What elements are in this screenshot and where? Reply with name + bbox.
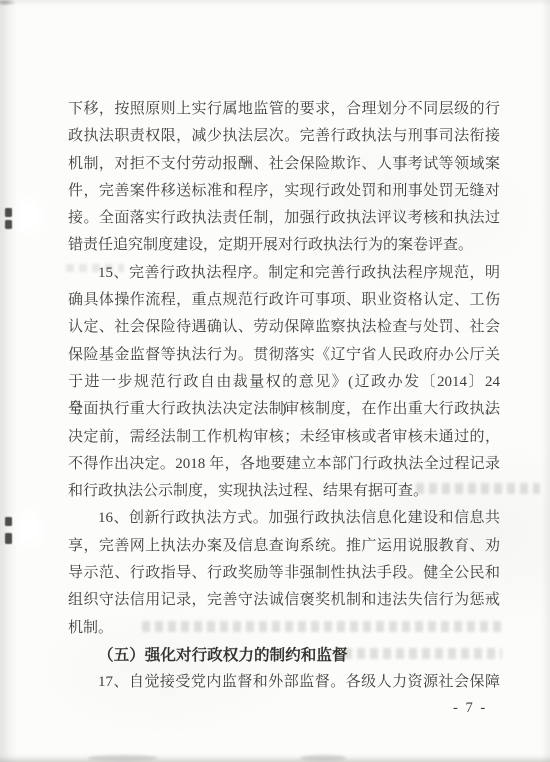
text-line: 决定前，需经法制工作机构审核；未经审核或者审核未通过的， bbox=[68, 424, 500, 451]
scanned-page: 下移，按照原则上实行属地监管的要求，合理划分不同层级的行政执法职责权限，减少执法… bbox=[0, 0, 550, 762]
text-line: 件，完善案件移送标准和程序，实现行政处罚和刑事处罚无缝对 bbox=[68, 178, 500, 205]
text-line: 16、创新行政执法方式。加强行政执法信息化建设和信息共 bbox=[68, 505, 500, 532]
scan-corner-speck bbox=[0, 0, 16, 6]
text-line: 17、自觉接受党内监督和外部监督。各级人力资源社会保障 bbox=[68, 669, 500, 696]
page-edge-bottom-shading bbox=[0, 753, 550, 762]
text-line: 机制。 bbox=[68, 615, 500, 642]
text-line: 全面执行重大行政执法决定法制审核制度，在作出重大行政执法 bbox=[68, 396, 500, 423]
text-line: 政执法职责权限，减少执法层次。完善行政执法与刑事司法衔接 bbox=[68, 123, 500, 150]
page-edge-left-shading bbox=[0, 0, 18, 762]
section-heading: （五）强化对行政权力的制约和监督 bbox=[68, 642, 500, 669]
text-line: 和行政执法公示制度，实现执法过程、结果有据可查。 bbox=[68, 478, 500, 505]
text-line: 组织守法信用记录，完善守法诚信褒奖机制和违法失信行为惩戒 bbox=[68, 587, 500, 614]
text-line: 接。全面落实行政执法责任制，加强行政执法评议考核和执法过 bbox=[68, 205, 500, 232]
text-line: 导示范、行政指导、行政奖励等非强制性执法手段。健全公民和 bbox=[68, 560, 500, 587]
document-body: 下移，按照原则上实行属地监管的要求，合理划分不同层级的行政执法职责权限，减少执法… bbox=[68, 96, 500, 697]
page-number: - 7 - bbox=[453, 700, 487, 717]
page-edge-right-shading bbox=[541, 0, 550, 762]
text-line: 错责任追究制度建设，定期开展对行政执法行为的案卷评查。 bbox=[68, 232, 500, 259]
binding-mark bbox=[5, 208, 13, 234]
text-line: 机制，对拒不支付劳动报酬、社会保险欺诈、人事考试等领域案 bbox=[68, 151, 500, 178]
scan-blotch bbox=[300, 755, 346, 761]
page-edge-top-shading bbox=[0, 0, 550, 6]
scan-blotch bbox=[88, 755, 158, 761]
text-line: 保险基金监督等执法行为。贯彻落实《辽宁省人民政府办公厅关 bbox=[68, 342, 500, 369]
text-line: 不得作出决定。2018 年，各地要建立本部门行政执法全过程记录 bbox=[68, 451, 500, 478]
text-line: 认定、社会保险待遇确认、劳动保障监察执法检查与处罚、社会 bbox=[68, 314, 500, 341]
binding-mark-halo bbox=[11, 192, 47, 240]
text-line: 下移，按照原则上实行属地监管的要求，合理划分不同层级的行 bbox=[68, 96, 500, 123]
text-line: 15、完善行政执法程序。制定和完善行政执法程序规范，明 bbox=[68, 260, 500, 287]
binding-mark bbox=[5, 517, 13, 543]
text-line: 于进一步规范行政自由裁量权的意见》(辽政办发〔2014〕24 号)。 bbox=[68, 369, 500, 396]
text-line: 确具体操作流程，重点规范行政许可事项、职业资格认定、工伤 bbox=[68, 287, 500, 314]
binding-mark-halo bbox=[11, 505, 47, 553]
text-line: 享，完善网上执法办案及信息查询系统。推广运用说服教育、劝 bbox=[68, 533, 500, 560]
